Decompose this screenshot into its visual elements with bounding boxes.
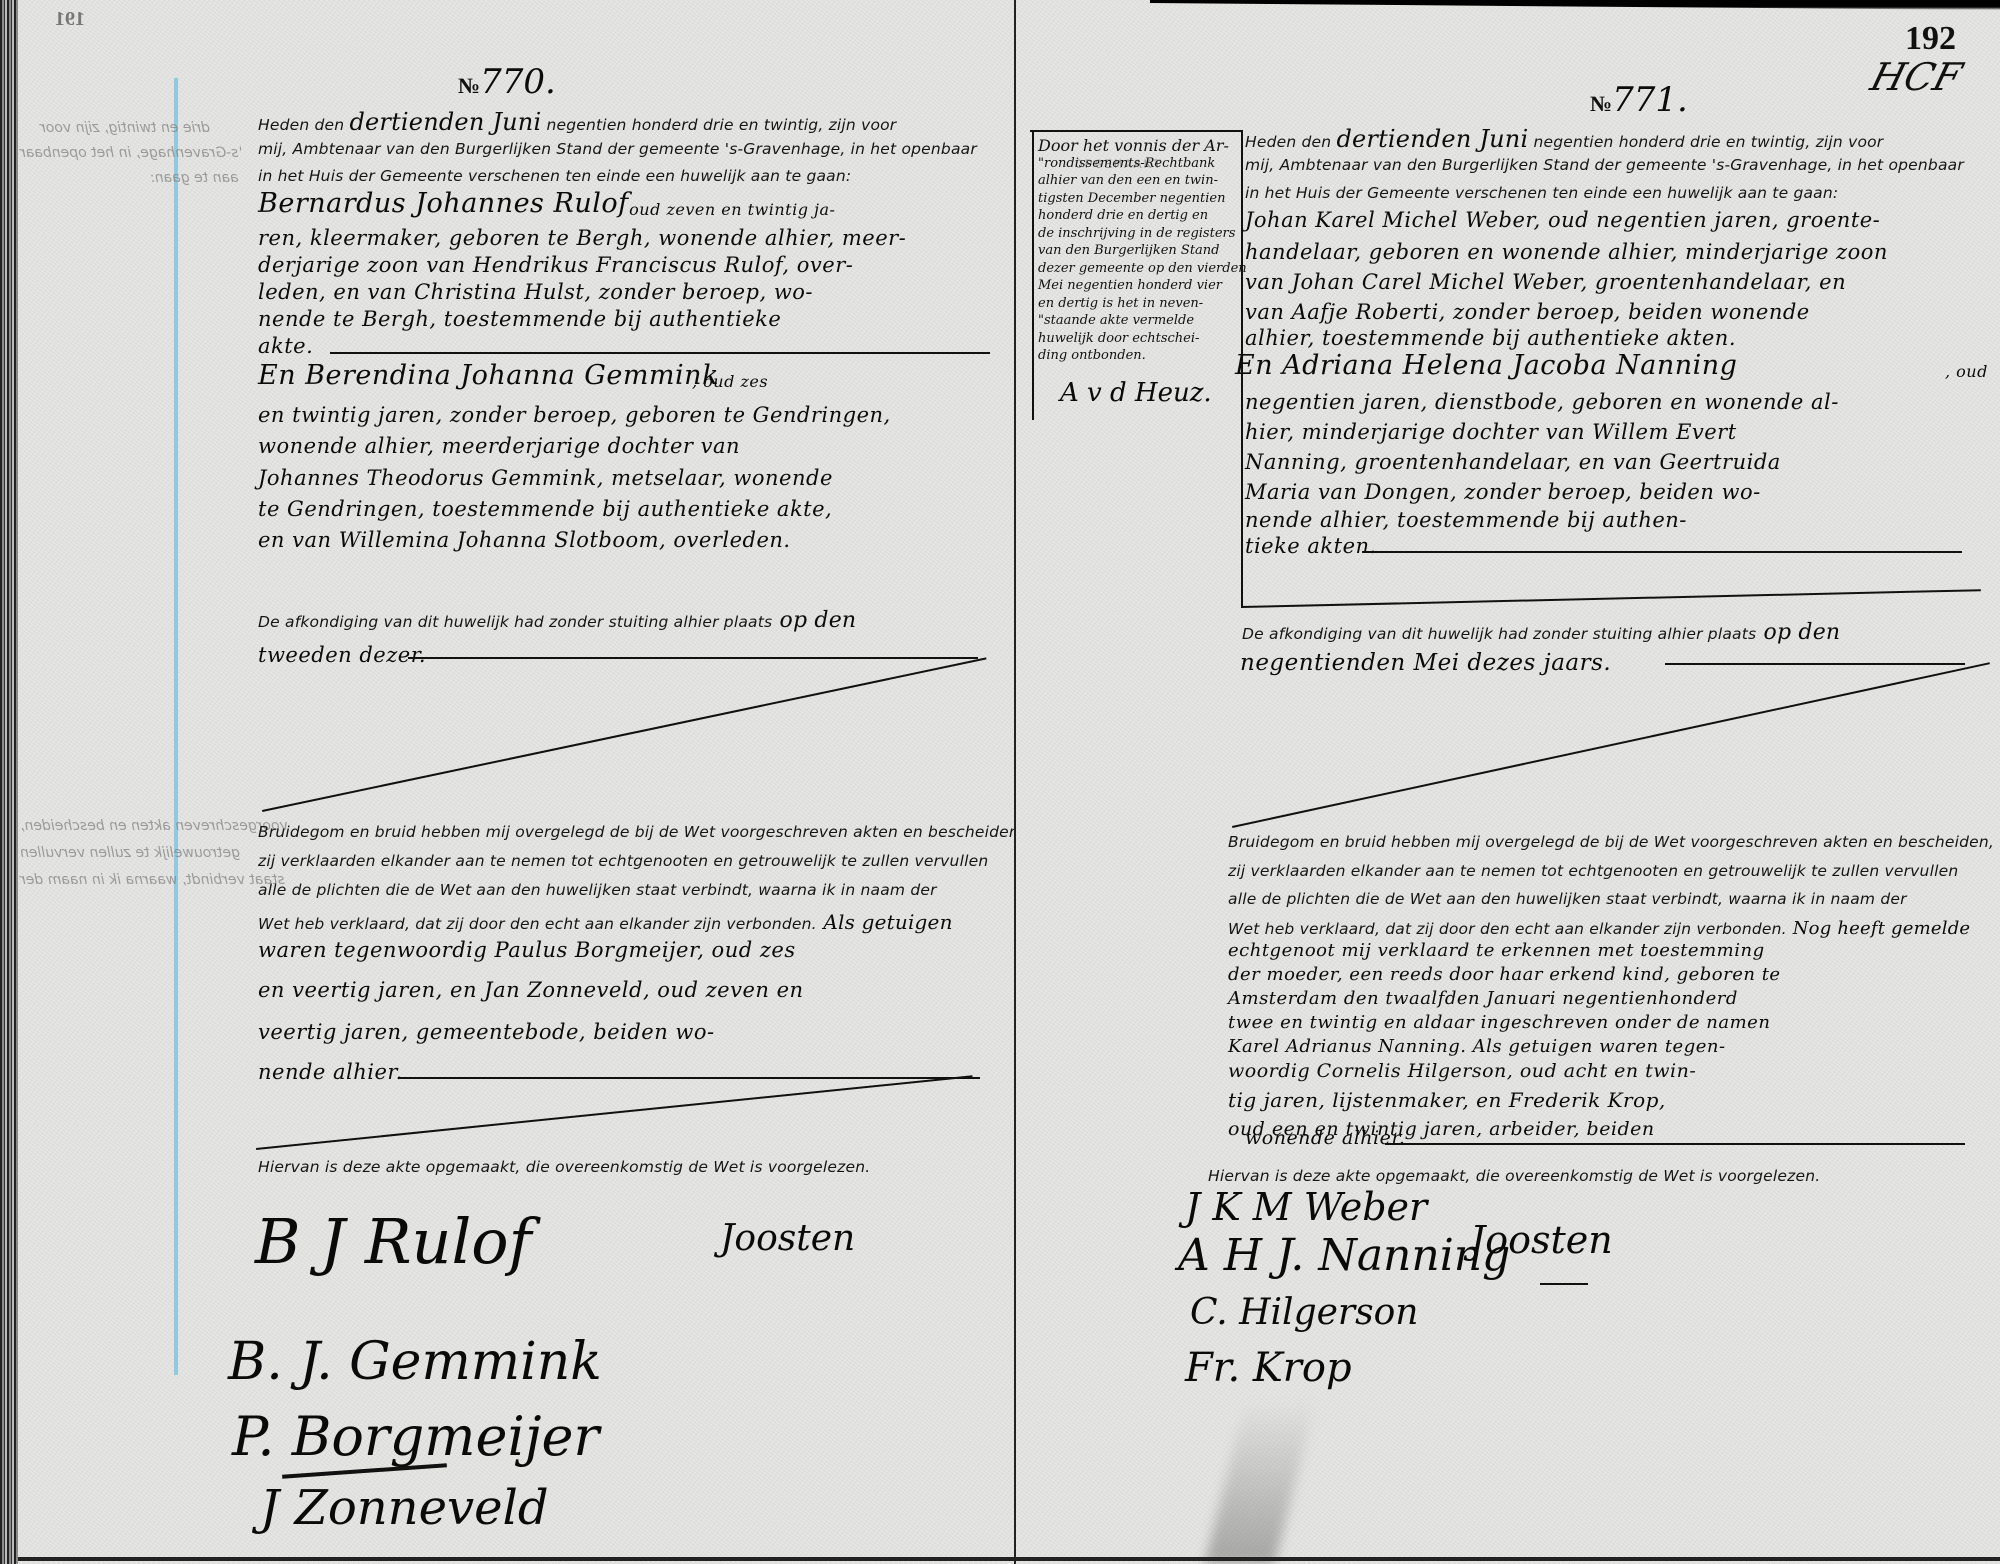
bleed-through-text: aan te gaan: (150, 170, 239, 186)
annotation-line: Mei negentien honderd vier (1038, 277, 1247, 295)
margin-box-top (1030, 130, 1242, 132)
clerk-initials: HCF (1866, 55, 1966, 99)
ceremony-line: zij verklaarden elkander aan te nemen to… (258, 852, 988, 870)
act-number-value: 771. (1612, 80, 1688, 120)
witness-details: veertig jaren, gemeentebode, beiden wo- (258, 1020, 715, 1044)
additional-details: tig jaren, lijstenmaker, en Frederik Kro… (1228, 1088, 1666, 1112)
bleed-through-text: getrouwelijk te zullen vervullen (20, 845, 240, 861)
book-binding-edge (0, 0, 18, 1564)
handwritten-date: dertienden Juni (349, 108, 541, 136)
groom-details: nende te Bergh, toestemmende bij authent… (258, 307, 781, 331)
bride-details: negentien jaren, dienstbode, geboren en … (1245, 390, 1839, 414)
intro-line-2: mij, Ambtenaar van den Burgerlijken Stan… (1245, 156, 1964, 174)
signature-official: Joosten (1470, 1218, 1613, 1262)
bride-details: wonende alhier, meerderjarige dochter va… (258, 434, 740, 458)
witness-details: nende alhier. (258, 1060, 403, 1084)
fill-rule (1385, 1143, 1965, 1145)
groom-details: van Johan Carel Michel Weber, groentenha… (1245, 270, 1846, 294)
bride-details: nende alhier, toestemmende bij authen- (1245, 508, 1687, 532)
bride-name: En Berendina Johanna Gemmink (258, 360, 719, 391)
additional-details: Karel Adrianus Nanning. Als getuigen war… (1228, 1036, 1726, 1057)
signature-bride: A H J. Nanning (1178, 1230, 1510, 1281)
ceremony-line: Wet heb verklaard, dat zij door den echt… (258, 910, 953, 934)
cancel-stroke (256, 1075, 973, 1150)
bride-name: En Adriana Helena Jacoba Nanning (1235, 350, 1737, 381)
ceremony-line: Bruidegom en bruid hebben mij overgelegd… (1228, 833, 1994, 851)
fill-rule (1362, 551, 1962, 553)
additional-details: Amsterdam den twaalfden Januari negentie… (1228, 988, 1738, 1009)
handwritten-text: op den (772, 608, 856, 633)
bride-details: , oud (1945, 362, 1988, 381)
bleed-through-text: voorgeschreven akten en bescheiden, (20, 818, 288, 834)
annotation-line: alhier van den een en twin- (1038, 172, 1247, 190)
proclamation-line: De afkondiging van dit huwelijk had zond… (1242, 620, 1840, 645)
bride-details: en van Willemina Johanna Slotboom, overl… (258, 528, 791, 552)
right-page-number: 192 (1905, 20, 1956, 58)
printed-text: Wet heb verklaard, dat zij door den echt… (258, 915, 817, 933)
handwritten-text: Nog heeft gemelde (1787, 918, 1971, 939)
annotation-line: tigsten December negentien (1038, 190, 1247, 208)
signature-witness-1: P. Borgmeijer (232, 1405, 599, 1468)
fill-rule (400, 1077, 980, 1079)
annotation-line: huwelijk door echtschei- (1038, 330, 1247, 348)
act-number: №770. (458, 62, 556, 102)
bleed-through-text: drie en twintig, zijn voor (40, 120, 210, 136)
printed-text: Wet heb verklaard, dat zij door den echt… (1228, 920, 1787, 938)
groom-details: alhier, toestemmende bij authentieke akt… (1245, 326, 1736, 350)
bride-details: hier, minderjarige dochter van Willem Ev… (1245, 420, 1737, 444)
cancel-stroke (262, 657, 987, 812)
annotation-line: "staande akte vermelde (1038, 312, 1247, 330)
signature-bride: B. J. Gemmink (228, 1332, 602, 1392)
handwritten-text: op den (1756, 620, 1840, 645)
groom-details: van Aafje Roberti, zonder beroep, beiden… (1245, 300, 1810, 324)
fill-rule (330, 352, 990, 354)
closing-line: Hiervan is deze akte opgemaakt, die over… (1208, 1167, 1820, 1185)
scan-smudge (1205, 1400, 1316, 1564)
printed-text: negentien honderd drie en twintig, zijn … (541, 116, 896, 134)
bride-details: , oud zes (692, 372, 768, 391)
ceremony-line: Bruidegom en bruid hebben mij overgelegd… (258, 823, 1024, 841)
margin-box-left (1032, 130, 1034, 420)
additional-details: woordig Cornelis Hilgerson, oud acht en … (1228, 1060, 1696, 1082)
ceremony-line: alle de plichten die de Wet aan den huwe… (258, 881, 937, 899)
groom-details: derjarige zoon van Hendrikus Franciscus … (258, 253, 853, 277)
bleed-through-text: 's-Gravenhage, in het openbaar (20, 145, 242, 161)
printed-text: Heden den (258, 116, 349, 134)
signature-witness-2: Fr. Krop (1185, 1345, 1352, 1391)
margin-annotation: Door het vonnis der Ar- "rondissements-R… (1038, 137, 1247, 365)
signature-official: Joosten (720, 1218, 855, 1259)
additional-details: der moeder, een reeds door haar erkend k… (1228, 964, 1781, 985)
fill-rule (1665, 663, 1965, 665)
signature-groom: J K M Weber (1185, 1185, 1427, 1229)
annotation-line: "rondissements-Rechtbank (1038, 155, 1247, 173)
printed-text: Heden den (1245, 133, 1336, 151)
intro-line-2: mij, Ambtenaar van den Burgerlijken Stan… (258, 140, 977, 158)
annotation-signature: A v d Heuz. (1060, 378, 1212, 408)
bride-details: Nanning, groentenhandelaar, en van Geert… (1245, 450, 1781, 474)
bride-details: tieke akten. (1245, 534, 1377, 558)
act-number-value: 770. (480, 62, 556, 102)
additional-details: echtgenoot mij verklaard te erkennen met… (1228, 940, 1765, 961)
ceremony-line: alle de plichten die de Wet aan den huwe… (1228, 890, 1907, 908)
annotation-line: Door het vonnis der Ar- (1038, 137, 1247, 155)
annotation-line: de inschrijving in de registers (1038, 225, 1247, 243)
blue-margin-line (174, 78, 178, 1375)
handwritten-date: dertienden Juni (1336, 125, 1528, 153)
annotation-line: en dertig is het in neven- (1038, 295, 1247, 313)
left-page: 191 drie en twintig, zijn voor 's-Graven… (0, 0, 1015, 1564)
additional-details: wonende alhier. (1245, 1127, 1405, 1149)
bleed-through-text: staat verbindt, waarna ik in naam der (20, 872, 285, 888)
proclamation-line: De afkondiging van dit huwelijk had zond… (258, 608, 856, 633)
handwritten-text: Als getuigen (817, 910, 953, 934)
signature-witness-1: C. Hilgerson (1190, 1292, 1418, 1333)
signature-witness-2: J Zonneveld (260, 1480, 549, 1536)
groom-details: akte. (258, 334, 313, 358)
proclamation-date: tweeden dezer. (258, 643, 426, 667)
act-number-prefix: № (1590, 91, 1612, 116)
closing-line: Hiervan is deze akte opgemaakt, die over… (258, 1158, 870, 1176)
annotation-line: honderd drie en dertig en (1038, 207, 1247, 225)
annotation-line: dezer gemeente op den vierden (1038, 260, 1247, 278)
ceremony-line: zij verklaarden elkander aan te nemen to… (1228, 862, 1958, 880)
additional-details: twee en twintig en aldaar ingeschreven o… (1228, 1012, 1770, 1033)
signature-underline (1540, 1283, 1588, 1285)
act-number-prefix: № (458, 73, 480, 98)
groom-name: Bernardus Johannes Rulof (258, 188, 629, 219)
bride-details: Johannes Theodorus Gemmink, metselaar, w… (258, 466, 833, 490)
groom-details: , oud zeven en twintig ja- (618, 200, 835, 219)
bride-details: en twintig jaren, zonder beroep, geboren… (258, 403, 891, 427)
intro-line-1: Heden den dertienden Juni negentien hond… (1245, 125, 1883, 153)
groom-details: leden, en van Christina Hulst, zonder be… (258, 280, 813, 304)
intro-line-3: in het Huis der Gemeente verschenen ten … (1245, 184, 1838, 202)
act-number: №771. (1590, 80, 1688, 120)
intro-line-3: in het Huis der Gemeente verschenen ten … (258, 167, 851, 185)
witness-details: en veertig jaren, en Jan Zonneveld, oud … (258, 978, 804, 1002)
bride-details: Maria van Dongen, zonder beroep, beiden … (1245, 480, 1761, 504)
printed-text: De afkondiging van dit huwelijk had zond… (258, 613, 772, 631)
ceremony-line: Wet heb verklaard, dat zij door den echt… (1228, 918, 1970, 939)
annotation-line: van den Burgerlijken Stand (1038, 242, 1247, 260)
witness-details: waren tegenwoordig Paulus Borgmeijer, ou… (258, 938, 796, 962)
groom-details: handelaar, geboren en wonende alhier, mi… (1245, 240, 1888, 264)
page-bottom-edge (18, 1557, 2000, 1561)
intro-line-1: Heden den dertienden Juni negentien hond… (258, 108, 896, 136)
signature-groom: B J Rulof (255, 1205, 532, 1278)
bride-details: te Gendringen, toestemmende bij authenti… (258, 497, 832, 521)
printed-text: De afkondiging van dit huwelijk had zond… (1242, 625, 1756, 643)
groom-details: ren, kleermaker, geboren te Bergh, wonen… (258, 226, 906, 250)
groom-details: Johan Karel Michel Weber, oud negentien … (1245, 208, 1880, 232)
proclamation-date: negentienden Mei dezes jaars. (1240, 650, 1611, 676)
annotation-line: ding ontbonden. (1038, 347, 1247, 365)
left-page-number: 191 (55, 8, 85, 31)
fill-rule (408, 657, 978, 659)
printed-text: negentien honderd drie en twintig, zijn … (1528, 133, 1883, 151)
